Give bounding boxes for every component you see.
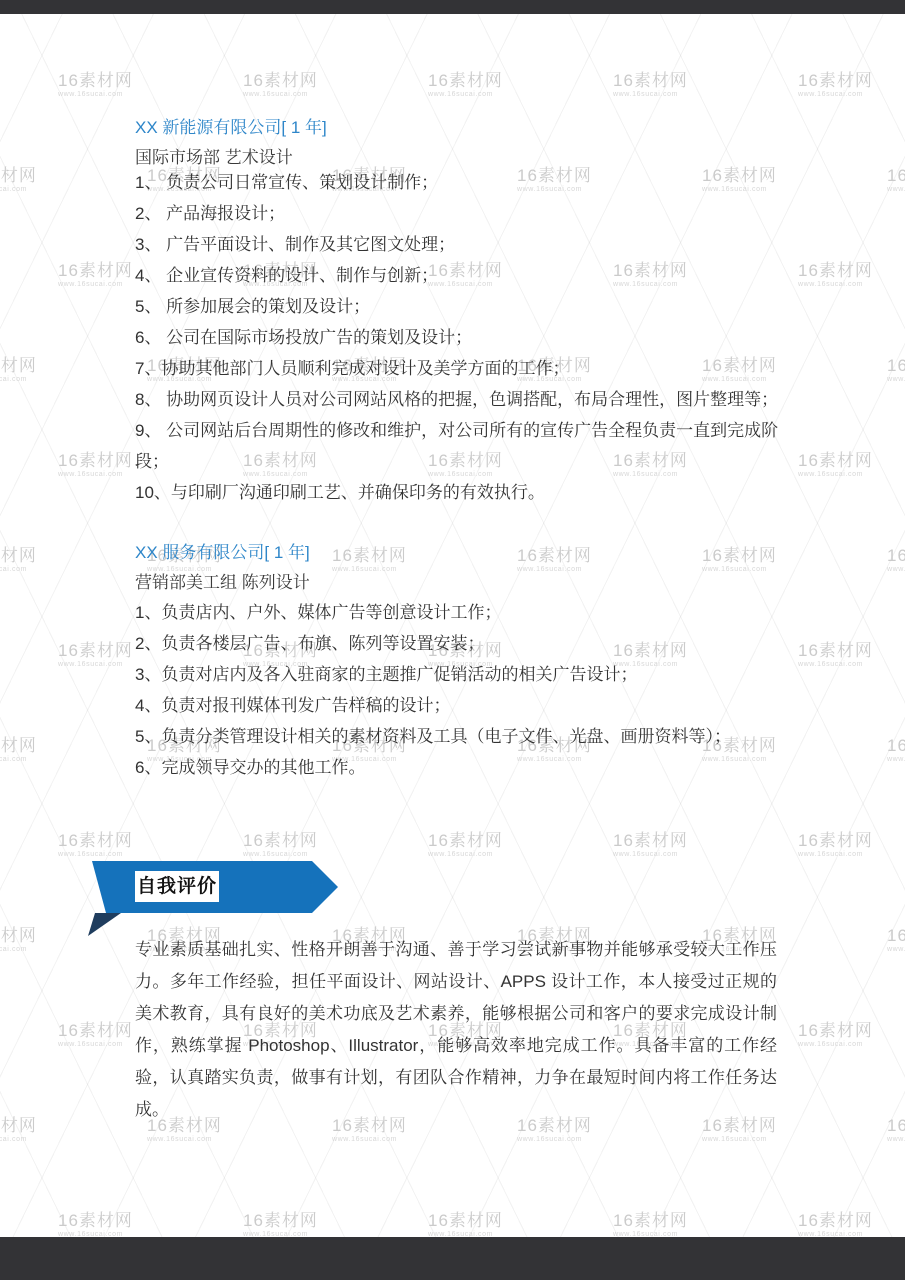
duty-item: 7、协助其他部门人员顺利完成对设计及美学方面的工作； xyxy=(135,353,783,384)
self-evaluation-title: 自我评价 xyxy=(135,871,219,902)
duty-item: 3、负责对店内及各入驻商家的主题推广促销活动的相关广告设计； xyxy=(135,659,783,690)
duty-item: 9、 公司网站后台周期性的修改和维护，对公司所有的宣传广告全程负责一直到完成阶段… xyxy=(135,415,783,477)
company-heading-1: XX 新能源有限公司[ 1 年] xyxy=(135,117,795,139)
duty-item: 10、与印刷厂沟通印刷工艺、并确保印务的有效执行。 xyxy=(135,477,783,508)
duty-item: 6、完成领导交办的其他工作。 xyxy=(135,752,783,783)
duty-item: 1、 负责公司日常宣传、策划设计制作； xyxy=(135,167,783,198)
bottom-border-bar xyxy=(0,1237,905,1280)
duty-list-0: 1、 负责公司日常宣传、策划设计制作；2、 产品海报设计；3、 广告平面设计、制… xyxy=(135,167,783,508)
role-subtitle-2: 营销部美工组 陈列设计 xyxy=(135,572,795,594)
duty-item: 2、负责各楼层广告、布旗、陈列等设置安装； xyxy=(135,628,783,659)
duty-item: 2、 产品海报设计； xyxy=(135,198,783,229)
duty-item: 6、 公司在国际市场投放广告的策划及设计； xyxy=(135,322,783,353)
duty-item: 5、 所参加展会的策划及设计； xyxy=(135,291,783,322)
duty-item: 8、 协助网页设计人员对公司网站风格的把握，色调搭配，布局合理性，图片整理等； xyxy=(135,384,783,415)
duty-item: 4、负责对报刊媒体刊发广告样稿的设计； xyxy=(135,690,783,721)
ribbon-fold-shape xyxy=(88,913,121,936)
self-evaluation-text: 专业素质基础扎实、性格开朗善于沟通、善于学习尝试新事物并能够承受较大工作压力。多… xyxy=(135,934,777,1126)
role-subtitle-1: 国际市场部 艺术设计 xyxy=(135,147,795,169)
duty-item: 3、 广告平面设计、制作及其它图文处理； xyxy=(135,229,783,260)
resume-page: 16素材网www.16sucai.com16素材网www.16sucai.com… xyxy=(0,0,905,1280)
duty-item: 4、 企业宣传资料的设计、制作与创新； xyxy=(135,260,783,291)
duty-list-1: 1、负责店内、户外、媒体广告等创意设计工作；2、负责各楼层广告、布旗、陈列等设置… xyxy=(135,597,783,783)
top-border-bar xyxy=(0,0,905,14)
duty-item: 5、负责分类管理设计相关的素材资料及工具（电子文件、光盘、画册资料等）； xyxy=(135,721,783,752)
duty-item: 1、负责店内、户外、媒体广告等创意设计工作； xyxy=(135,597,783,628)
company-heading-2: XX 服务有限公司[ 1 年] xyxy=(135,542,795,564)
